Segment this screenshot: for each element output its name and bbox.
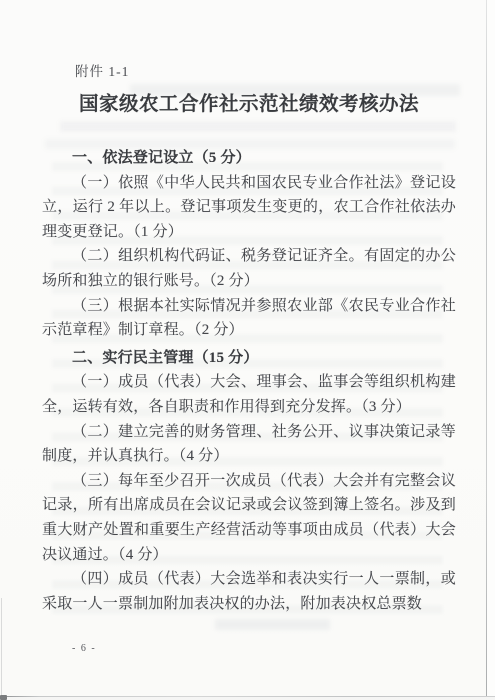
document-body: 一、依法登记设立（5 分） （一）依照《中华人民共和国农民专业合作社法》登记设立…	[42, 146, 456, 616]
scan-corner-mark	[0, 695, 7, 700]
document-title: 国家级农工合作社示范社绩效考核办法	[42, 88, 456, 116]
section-1-paragraph-2: （二）组织机构代码证、税务登记证齐全。有固定的办公场所和独立的银行账号。（2 分…	[42, 244, 456, 293]
section-1-heading: 一、依法登记设立（5 分）	[42, 146, 456, 171]
scan-right-edge-line	[486, 0, 487, 697]
bleedthrough-smudge	[215, 619, 330, 630]
section-2-paragraph-1: （一）成员（代表）大会、理事会、监事会等组织机构建全，运转有效，各自职责和作用得…	[42, 370, 456, 419]
page-number: - 6 -	[72, 643, 96, 654]
scan-left-edge-line	[1, 598, 2, 697]
section-1-paragraph-1: （一）依照《中华人民共和国农民专业合作社法》登记设立，运行 2 年以上。登记事项…	[42, 171, 456, 245]
scan-bottom-edge-line	[0, 696, 495, 697]
section-2-paragraph-2: （二）建立完善的财务管理、社务公开、议事决策记录等制度，并认真执行。（4 分）	[42, 420, 456, 469]
section-2-heading: 二、实行民主管理（15 分）	[42, 346, 456, 371]
section-2-paragraph-3: （三）每年至少召开一次成员（代表）大会并有完整会议记录，所有出席成员在会议记录或…	[42, 469, 456, 567]
bleedthrough-smudge	[60, 121, 456, 132]
scanned-document-page: 附件 1-1 国家级农工合作社示范社绩效考核办法 一、依法登记设立（5 分） （…	[0, 0, 495, 700]
section-2-paragraph-4: （四）成员（代表）大会选举和表决实行一人一票制，或采取一人一票制加附加表决权的办…	[42, 567, 456, 616]
section-1-paragraph-3: （三）根据本社实际情况并参照农业部《农民专业合作社示范章程》制订章程。（2 分）	[42, 294, 456, 343]
scan-right-margin	[487, 0, 495, 697]
attachment-label: 附件 1-1	[75, 60, 129, 80]
